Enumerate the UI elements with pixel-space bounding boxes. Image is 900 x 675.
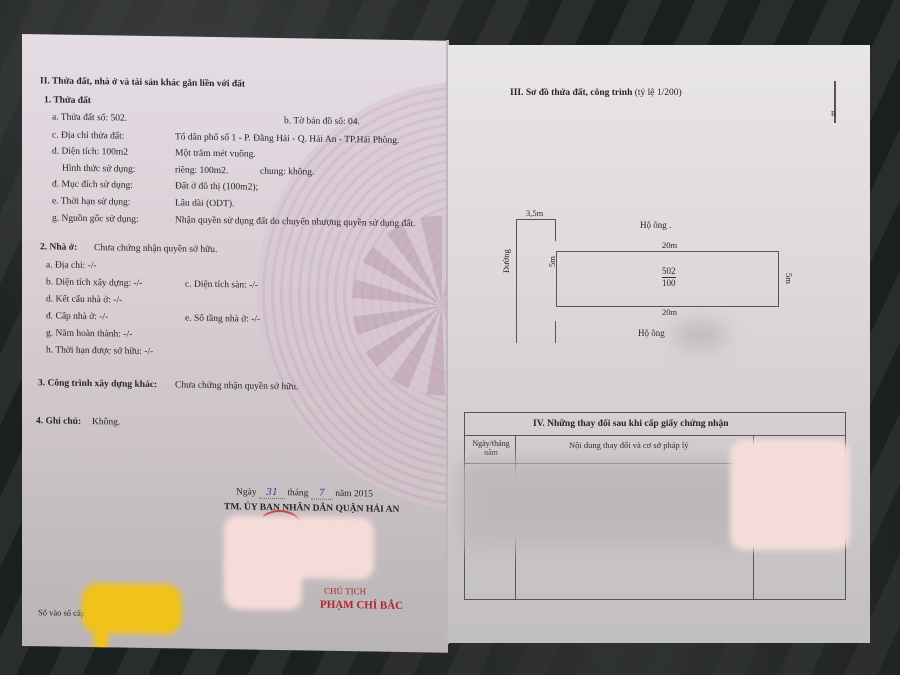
usage-form-label: Hình thức sử dụng: (62, 165, 135, 176)
road-inner-line-top (555, 219, 556, 241)
month-prefix: tháng (287, 488, 308, 498)
signer-name: PHẠM CHÍ BẮC (320, 600, 403, 612)
term-label: e. Thời hạn sử dụng: (52, 197, 130, 208)
address-label: c. Địa chỉ thửa đất: (52, 131, 124, 142)
header-content: Nội dung thay đổi và cơ sở pháp lý (569, 441, 688, 450)
house-address: a. Địa chỉ: -/- (46, 261, 97, 271)
road-width-line (516, 219, 556, 220)
signature-date: Ngày 31 tháng 7 năm 2015 (236, 487, 373, 500)
notes-value: Không. (92, 418, 120, 428)
road-inner-line-bottom (555, 321, 556, 343)
other-works-value: Chưa chứng nhận quyền sở hữu. (175, 381, 298, 392)
parcel-number-label: 502 (662, 267, 676, 278)
left-width: 5m (548, 256, 557, 267)
parcel-area-label: 100 (662, 279, 676, 288)
purpose-value: Đất ở đô thị (100m2); (175, 182, 258, 193)
date-day: 31 (259, 488, 285, 499)
redacted-seal-area-lower (224, 557, 302, 610)
redacted-neighbor-name (674, 323, 726, 347)
land-heading: 1. Thửa đất (44, 96, 91, 106)
date-year: 2015 (354, 489, 373, 499)
origin-label: g. Nguồn gốc sử dụng: (52, 214, 139, 225)
purpose-label: đ. Mục đích sử dụng: (52, 180, 133, 191)
house-completion-year: g. Năm hoàn thành: -/- (46, 329, 132, 340)
bottom-length: 20m (662, 308, 677, 317)
map-sheet: b. Tờ bản đồ số: 04. (284, 117, 360, 128)
area-label: d. Diện tích: 100m2 (52, 147, 128, 158)
house-built-area: b. Diện tích xây dựng: -/- (46, 278, 142, 289)
house-heading-value: Chưa chứng nhận quyền sở hữu. (94, 244, 217, 255)
notes-heading: 4. Ghi chú: (36, 417, 81, 427)
certificate-left-page: II. Thửa đất, nhà ở và tài sản khác gắn … (22, 34, 448, 653)
usage-shared: chung: không. (260, 168, 314, 178)
house-grade: đ. Cấp nhà ở: -/- (46, 312, 108, 322)
right-width: 5m (785, 273, 794, 284)
redacted-confirmation-stamp (730, 440, 850, 550)
changes-table-title: IV. Những thay đổi sau khi cấp giấy chứn… (533, 420, 729, 430)
neighbor-bottom: Hộ ông (638, 329, 665, 338)
house-floor-area: c. Diện tích sàn: -/- (185, 281, 258, 292)
usage-private: riêng: 100m2. (175, 166, 228, 176)
house-floors: e. Số tầng nhà ở: -/- (185, 315, 260, 326)
certificate-right-page: III. Sơ đồ thửa đất, công trình (tỷ lệ 1… (448, 45, 870, 643)
year-prefix: năm (335, 489, 351, 499)
road-width-label: 3,5m (526, 209, 543, 218)
diagram-title: III. Sơ đồ thửa đất, công trình (tỷ lệ 1… (510, 89, 682, 99)
diagram-title-text: III. Sơ đồ thửa đất, công trình (510, 88, 632, 98)
neighbor-top: Hộ ông . (640, 221, 671, 230)
term-value: Lâu dài (ODT). (175, 199, 234, 209)
house-heading: 2. Nhà ở: (40, 243, 77, 253)
road-label: Đường (502, 249, 511, 273)
other-works-heading: 3. Công trình xây dựng khác: (38, 379, 157, 390)
house-structure: d. Kết cấu nhà ở: -/- (46, 295, 122, 306)
table-header-divider (465, 435, 845, 436)
header-date: Ngày/tháng năm (467, 440, 515, 458)
signer-title: CHỦ TỊCH (324, 587, 366, 597)
date-month: 7 (311, 489, 333, 500)
issuing-authority: TM. ỦY BAN NHÂN DÂN QUẬN HẢI AN (224, 503, 399, 515)
redacted-table-content (458, 460, 748, 550)
diagram-scale: (tỷ lệ 1/200) (635, 88, 682, 98)
area-value: Một trăm mét vuông. (175, 149, 256, 160)
road-edge-line (516, 219, 517, 343)
address-value: Tổ dân phố số 1 - P. Đằng Hải - Q. Hải A… (175, 133, 399, 146)
house-ownership-term: h. Thời hạn được sở hữu: -/- (46, 346, 153, 357)
north-marker: B (831, 111, 836, 118)
star-watermark (352, 214, 448, 397)
origin-value: Nhận quyền sử dụng đất do chuyển nhượng … (175, 216, 416, 229)
top-length: 20m (662, 241, 677, 250)
date-prefix: Ngày (236, 487, 257, 497)
parcel-number: a. Thửa đất số: 502. (52, 113, 127, 124)
section-ii-title: II. Thửa đất, nhà ở và tài sản khác gắn … (40, 77, 245, 90)
